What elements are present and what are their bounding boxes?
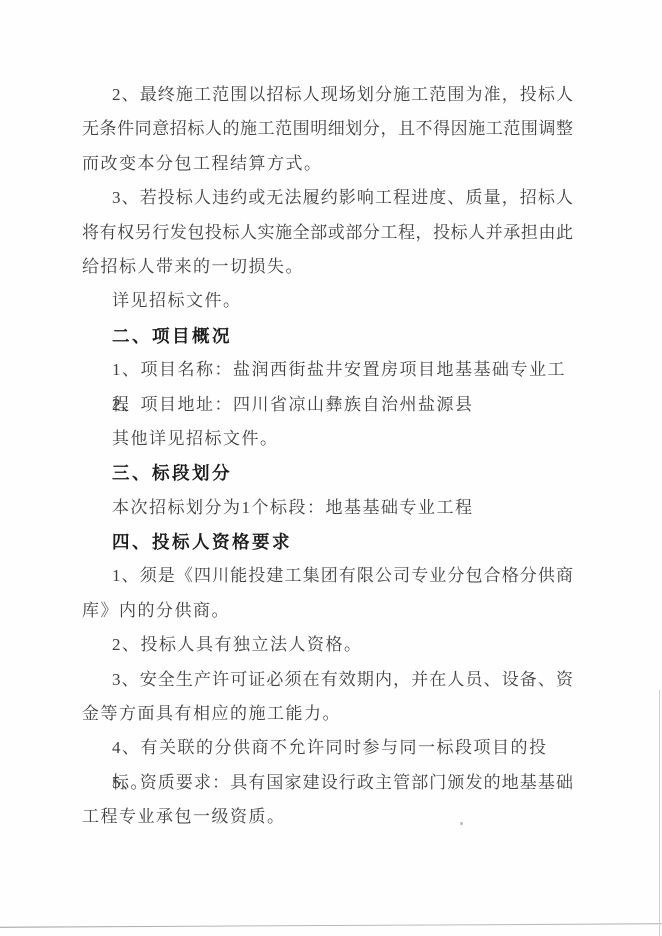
document-text-line: 工程专业承包一级资质。 (82, 800, 573, 834)
document-text-line: 无条件同意招标人的施工范围明细划分，且不得因施工范围调整 (82, 112, 573, 146)
document-text-line: 4、有关联的分供商不允许同时参与同一标段项目的投标。 (82, 731, 573, 765)
document-text-line: 本次招标划分为1个标段：地基基础专业工程 (82, 491, 573, 525)
document-text-line: 其他详见招标文件。 (82, 422, 573, 456)
scan-speck (460, 822, 463, 825)
document-text-line: 而改变本分包工程结算方式。 (82, 147, 573, 181)
document-text-line: 1、须是《四川能投建工集团有限公司专业分包合格分供商 (82, 559, 573, 593)
document-text-line: 2、最终施工范围以招标人现场划分施工范围为准，投标人 (82, 78, 573, 112)
document-heading-line: 四、投标人资格要求 (82, 525, 573, 559)
document-text-line: 金等方面具有相应的施工能力。 (82, 697, 573, 731)
document-text-line: 3、若投标人违约或无法履约影响工程进度、质量，招标人 (82, 181, 573, 215)
document-text-line: 库》内的分供商。 (82, 594, 573, 628)
document-heading-line: 三、标段划分 (82, 456, 573, 490)
document-text-line: 将有权另行发包投标人实施全部或部分工程，投标人并承担由此 (82, 216, 573, 250)
document-text-line: 1、项目名称：盐润西街盐井安置房项目地基基础专业工程 (82, 353, 573, 387)
scan-edge-vertical-line (659, 690, 660, 936)
document-text-line: 5、资质要求：具有国家建设行政主管部门颁发的地基基础 (82, 766, 573, 800)
document-text-line: 3、安全生产许可证必须在有效期内，并在人员、设备、资 (82, 663, 573, 697)
document-text-line: 2、投标人具有独立法人资格。 (82, 628, 573, 662)
document-text-line: 2、项目地址：四川省凉山彝族自治州盐源县 (82, 388, 573, 422)
document-text-line: 详见招标文件。 (82, 284, 573, 318)
document-text-line: 给招标人带来的一切损失。 (82, 250, 573, 284)
scan-edge-line (0, 923, 662, 928)
scanned-document-page: 2、最终施工范围以招标人现场划分施工范围为准，投标人无条件同意招标人的施工范围明… (0, 0, 662, 936)
document-heading-line: 二、项目概况 (82, 319, 573, 353)
document-text-block: 2、最终施工范围以招标人现场划分施工范围为准，投标人无条件同意招标人的施工范围明… (82, 78, 573, 835)
